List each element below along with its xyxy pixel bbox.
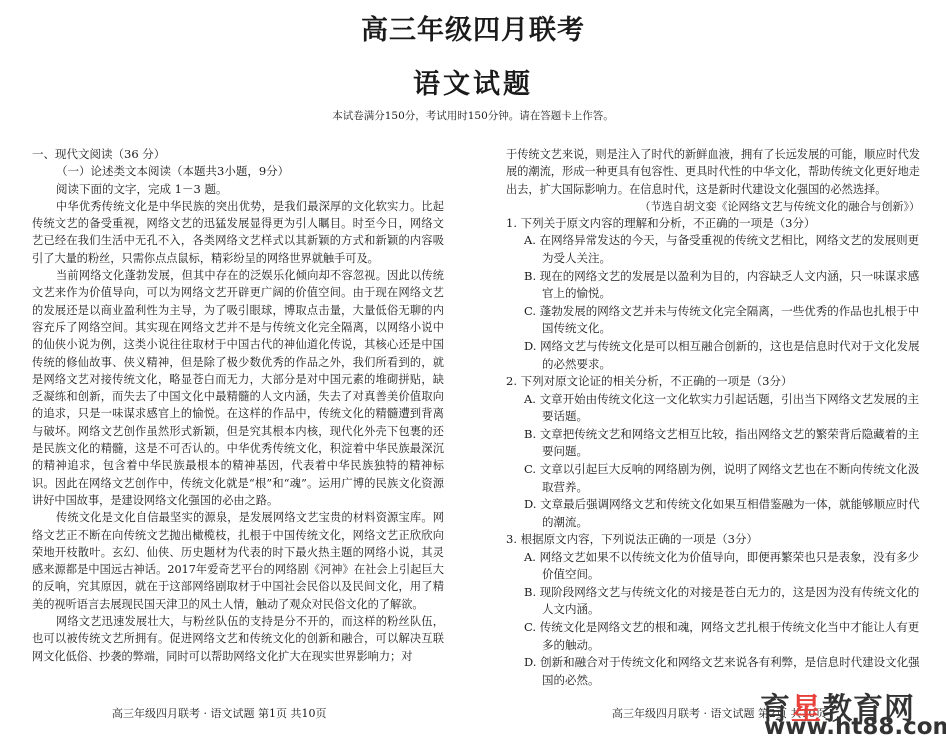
subject-title: 语文试题 [0,62,946,101]
question-stem: 3. 根据原文内容，下列说法正确的一项是（3分） [506,531,920,548]
right-column: 于传统文艺来说，则是注入了时代的新鲜血液，拥有了长远发展的可能，顺应时代发展的潮… [506,146,920,689]
exam-notice: 本试卷满分150分，考试用时150分钟。请在答题卡上作答。 [0,108,946,123]
question-option: B. 现阶段网络文艺与传统文化的对接是苍白无力的，这是因为没有传统文化的人文内涵… [524,584,920,619]
question-option: D. 文章最后强调网络文艺和传统文化如果互相借鉴融为一体，就能够顺应时代的潮流。 [524,496,920,531]
page-footer-left: 高三年级四月联考 · 语文试题 第1页 共10页 [112,705,326,721]
passage-continuation: 于传统文艺来说，则是注入了时代的新鲜血液，拥有了长远发展的可能，顺应时代发展的潮… [506,146,920,198]
question-option: B. 现在的网络文艺的发展是以盈利为目的，内容缺乏人文内涵，只一味谋求感官上的愉… [524,268,920,303]
question-stem: 1. 下列关于原文内容的理解和分析，不正确的一项是（3分） [506,215,920,232]
section-heading: 一、现代文阅读（36 分） [32,146,444,163]
question-option: A. 文章开始由传统文化这一文化软实力引起话题，引出当下网络文艺发展的主要话题。 [524,391,920,426]
passage-paragraph: 当前网络文化蓬勃发展，但其中存在的泛娱乐化倾向却不容忽视。因此以传统文艺来作为价… [32,267,444,509]
question-option: D. 网络文艺与传统文化是可以相互融合创新的，这也是信息时代对于文化发展的必然要… [524,338,920,373]
question-option: C. 蓬勃发展的网络文艺并未与传统文化完全隔离，一些优秀的作品也扎根于中国传统文… [524,303,920,338]
watermark-url: www.ht88.com [764,714,946,740]
question-option: A. 网络文艺如果不以传统文化为价值导向，即便再繁荣也只是表象，没有多少价值空间… [524,549,920,584]
question-option: C. 传统文化是网络文艺的根和魂，网络文艺扎根于传统文化当中才能让人有更多的触动… [524,619,920,654]
question-stem: 2. 下列对原文论证的相关分析，不正确的一项是（3分） [506,373,920,390]
question-option: C. 文章以引起巨大反响的网络剧为例，说明了网络文艺也在不断向传统文化汲取营养。 [524,461,920,496]
passage-paragraph: 网络文艺迅速发展壮大，与粉丝队伍的支持是分不开的，而这样的粉丝队伍，也可以被传统… [32,613,444,665]
question-option: B. 文章把传统文艺和网络文艺相互比较，指出网络文艺的繁荣背后隐藏着的主要问题。 [524,426,920,461]
subsection-heading: （一）论述类文本阅读（本题共3小题，9分） [56,163,444,180]
passage-paragraph: 中华优秀传统文化是中华民族的突出优势，是我们最深厚的文化软实力。比起传统文艺的备… [32,198,444,267]
question-option: A. 在网络异常发达的今天，与备受重视的传统文艺相比，网络文艺的发展则更为受人关… [524,232,920,267]
passage-source: （节选自胡文娈《论网络文艺与传统文化的融合与创新》） [506,198,920,215]
passage-paragraph: 传统文化是文化自信最坚实的源泉，是发展网络文艺宝贵的材料资源宝库。网络文艺正不断… [32,509,444,613]
reading-instruction: 阅读下面的文字，完成 1－3 题。 [56,181,444,198]
left-column: 一、现代文阅读（36 分） （一）论述类文本阅读（本题共3小题，9分） 阅读下面… [32,146,444,665]
exam-title: 高三年级四月联考 [0,8,946,47]
